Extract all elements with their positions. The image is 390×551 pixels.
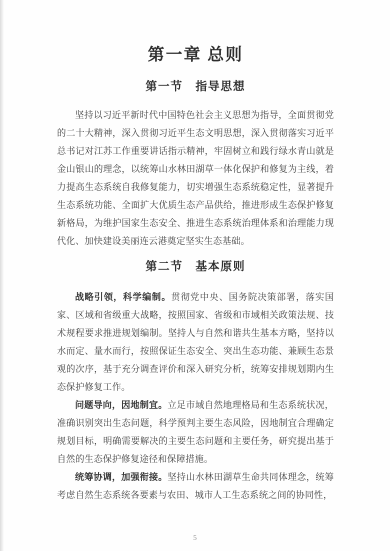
section-1-heading: 第一节 指导思想 [57, 79, 334, 95]
paragraph-lead: 战略引领，科学编制。 [75, 292, 171, 302]
paragraph-text: 贯彻党中央、国务院决策部署，落实国家、区域和省级重大战略，按照国家、省级和市域相… [57, 292, 334, 392]
page-number: 5 [0, 534, 390, 543]
paragraph-overall-coordination: 统筹协调，加强衔接。坚持山水林田湖草生命共同体理念，统筹考虑自然生态系统各要素与… [57, 468, 334, 504]
paragraph-problem-oriented: 问题导向，因地制宜。立足市域自然地理格局和生态系统状况，准确识别突出生态问题，科… [57, 396, 334, 468]
page-edge-shadow [0, 0, 4, 551]
paragraph-lead: 问题导向，因地制宜。 [75, 400, 168, 410]
section-2-heading: 第二节 基本原则 [57, 259, 334, 275]
chapter-title: 第一章 总则 [57, 44, 334, 66]
paragraph-lead: 统筹协调，加强衔接。 [75, 472, 168, 482]
paragraph-text: 坚持以习近平新时代中国特色社会主义思想为指导，全面贯彻党的二十大精神，深入贯彻习… [57, 110, 334, 246]
document-page: 第一章 总则 第一节 指导思想 坚持以习近平新时代中国特色社会主义思想为指导，全… [0, 0, 390, 551]
page-content: 第一章 总则 第一节 指导思想 坚持以习近平新时代中国特色社会主义思想为指导，全… [57, 44, 334, 504]
paragraph-strategic-guidance: 战略引领，科学编制。贯彻党中央、国务院决策部署，落实国家、区域和省级重大战略，按… [57, 288, 334, 396]
paragraph-guiding-ideology: 坚持以习近平新时代中国特色社会主义思想为指导，全面贯彻党的二十大精神，深入贯彻习… [57, 106, 334, 250]
